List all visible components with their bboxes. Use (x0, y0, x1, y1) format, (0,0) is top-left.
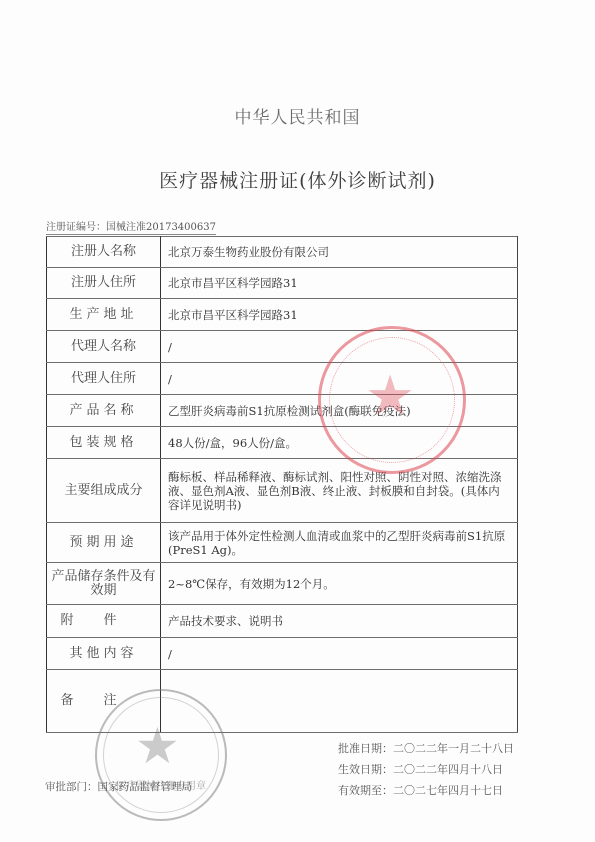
field-label: 代理人名称 (47, 331, 161, 363)
field-value: 2~8℃保存，有效期为12个月。 (161, 563, 518, 605)
field-value: 北京万泰生物药业股份有限公司 (161, 237, 518, 268)
approval-department-label: 审批部门： (45, 781, 98, 793)
field-label: 产品名称 (47, 395, 161, 427)
field-value: 该产品用于体外定性检测人血清或血浆中的乙型肝炎病毒前S1抗原(PreS1 Ag)… (161, 523, 518, 563)
table-row: 代理人住所 / (47, 363, 518, 395)
field-value: 北京市昌平区科学园路31 (161, 299, 518, 331)
field-value: 产品技术要求、说明书 (161, 605, 518, 638)
table-row: 产品名称 乙型肝炎病毒前S1抗原检测试剂盒(酶联免疫法) (47, 395, 518, 427)
field-label: 代理人住所 (47, 363, 161, 395)
field-label: 注册人住所 (47, 268, 161, 299)
field-label: 预期用途 (47, 523, 161, 563)
field-value: / (161, 638, 518, 670)
table-row: 代理人名称 / (47, 331, 518, 363)
field-label: 包装规格 (47, 427, 161, 459)
valid-until-label: 有效期至： (338, 784, 393, 797)
field-value: / (161, 331, 518, 363)
field-value: 北京市昌平区科学园路31 (161, 268, 518, 299)
approval-department-value: 国家药品监督管理局 (98, 781, 193, 793)
certificate-table: 注册人名称 北京万泰生物药业股份有限公司 注册人住所 北京市昌平区科学园路31 … (46, 236, 518, 733)
country-heading: 中华人民共和国 (0, 103, 595, 128)
valid-until-date: 有效期至：二〇二七年四月十七日 (338, 780, 514, 801)
field-value: 乙型肝炎病毒前S1抗原检测试剂盒(酶联免疫法) (161, 395, 518, 427)
field-label: 生产地址 (47, 299, 161, 331)
approval-date-value: 二〇二二年一月二十八日 (393, 742, 514, 755)
table-row: 主要组成成分 酶标板、样品稀释液、酶标试剂、阳性对照、阴性对照、浓缩洗涤液、显色… (47, 459, 518, 523)
field-label: 注册人名称 (47, 237, 161, 268)
valid-until-value: 二〇二七年四月十七日 (393, 784, 503, 797)
approval-department: 审批部门：国家药品监督管理局 (45, 779, 192, 794)
certificate-title: 医疗器械注册证(体外诊断试剂) (0, 166, 595, 193)
field-label: 产品储存条件及有效期 (47, 563, 161, 605)
field-label: 备注 (47, 670, 161, 733)
table-row: 生产地址 北京市昌平区科学园路31 (47, 299, 518, 331)
field-value (161, 670, 518, 733)
approval-date: 批准日期：二〇二二年一月二十八日 (338, 738, 514, 759)
field-label: 附件 (47, 605, 161, 638)
table-row: 产品储存条件及有效期 2~8℃保存，有效期为12个月。 (47, 563, 518, 605)
registration-number: 注册证编号：国械注准20173400637 (46, 222, 216, 235)
table-row: 注册人住所 北京市昌平区科学园路31 (47, 268, 518, 299)
registration-number-value: 国械注准20173400637 (106, 222, 216, 234)
table-row: 附件 产品技术要求、说明书 (47, 605, 518, 638)
certificate-dates: 批准日期：二〇二二年一月二十八日 生效日期：二〇二二年四月十八日 有效期至：二〇… (338, 738, 514, 801)
effective-date-label: 生效日期： (338, 763, 393, 776)
table-row: 备注 (47, 670, 518, 733)
effective-date: 生效日期：二〇二二年四月十八日 (338, 759, 514, 780)
field-label: 主要组成成分 (47, 459, 161, 523)
registration-number-label: 注册证编号： (46, 222, 106, 234)
registration-certificate-page: 中华人民共和国 医疗器械注册证(体外诊断试剂) 注册证编号：国械注准201734… (0, 0, 595, 842)
field-value: 48人份/盒，96人份/盒。 (161, 427, 518, 459)
table-row: 注册人名称 北京万泰生物药业股份有限公司 (47, 237, 518, 268)
effective-date-value: 二〇二二年四月十八日 (393, 763, 503, 776)
table-row: 其他内容 / (47, 638, 518, 670)
field-value: / (161, 363, 518, 395)
field-label: 其他内容 (47, 638, 161, 670)
table-row: 预期用途 该产品用于体外定性检测人血清或血浆中的乙型肝炎病毒前S1抗原(PreS… (47, 523, 518, 563)
approval-date-label: 批准日期： (338, 742, 393, 755)
field-value: 酶标板、样品稀释液、酶标试剂、阳性对照、阴性对照、浓缩洗涤液、显色剂A液、显色剂… (161, 459, 518, 523)
table-row: 包装规格 48人份/盒，96人份/盒。 (47, 427, 518, 459)
